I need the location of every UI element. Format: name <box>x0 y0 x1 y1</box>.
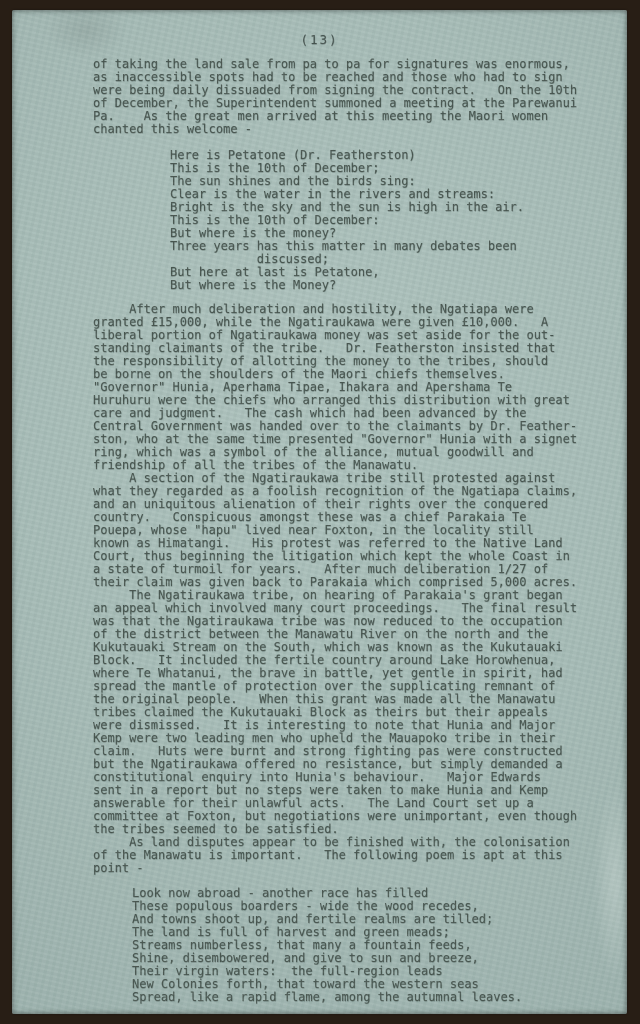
body-paragraph-colonisation: As land disputes appear to be finished w… <box>93 836 599 875</box>
document-page: (13) of taking the land sale from pa to … <box>12 10 627 1014</box>
scan-background: (13) of taking the land sale from pa to … <box>0 0 640 1024</box>
body-paragraph-deliberation: After much deliberation and hostility, t… <box>93 303 599 472</box>
colonisation-poem: Look now abroad - another race has fille… <box>132 887 599 1004</box>
body-paragraph-protest: A section of the Ngatiraukawa tribe stil… <box>93 472 599 589</box>
body-paragraph-continuation: of taking the land sale from pa to pa fo… <box>93 58 599 136</box>
page-body: of taking the land sale from pa to pa fo… <box>12 58 627 1004</box>
body-paragraph-appeal: The Ngatiraukawa tribe, on hearing of Pa… <box>93 589 599 836</box>
maori-welcome-chant: Here is Petatone (Dr. Featherston) This … <box>170 149 599 292</box>
page-number: (13) <box>12 32 627 47</box>
